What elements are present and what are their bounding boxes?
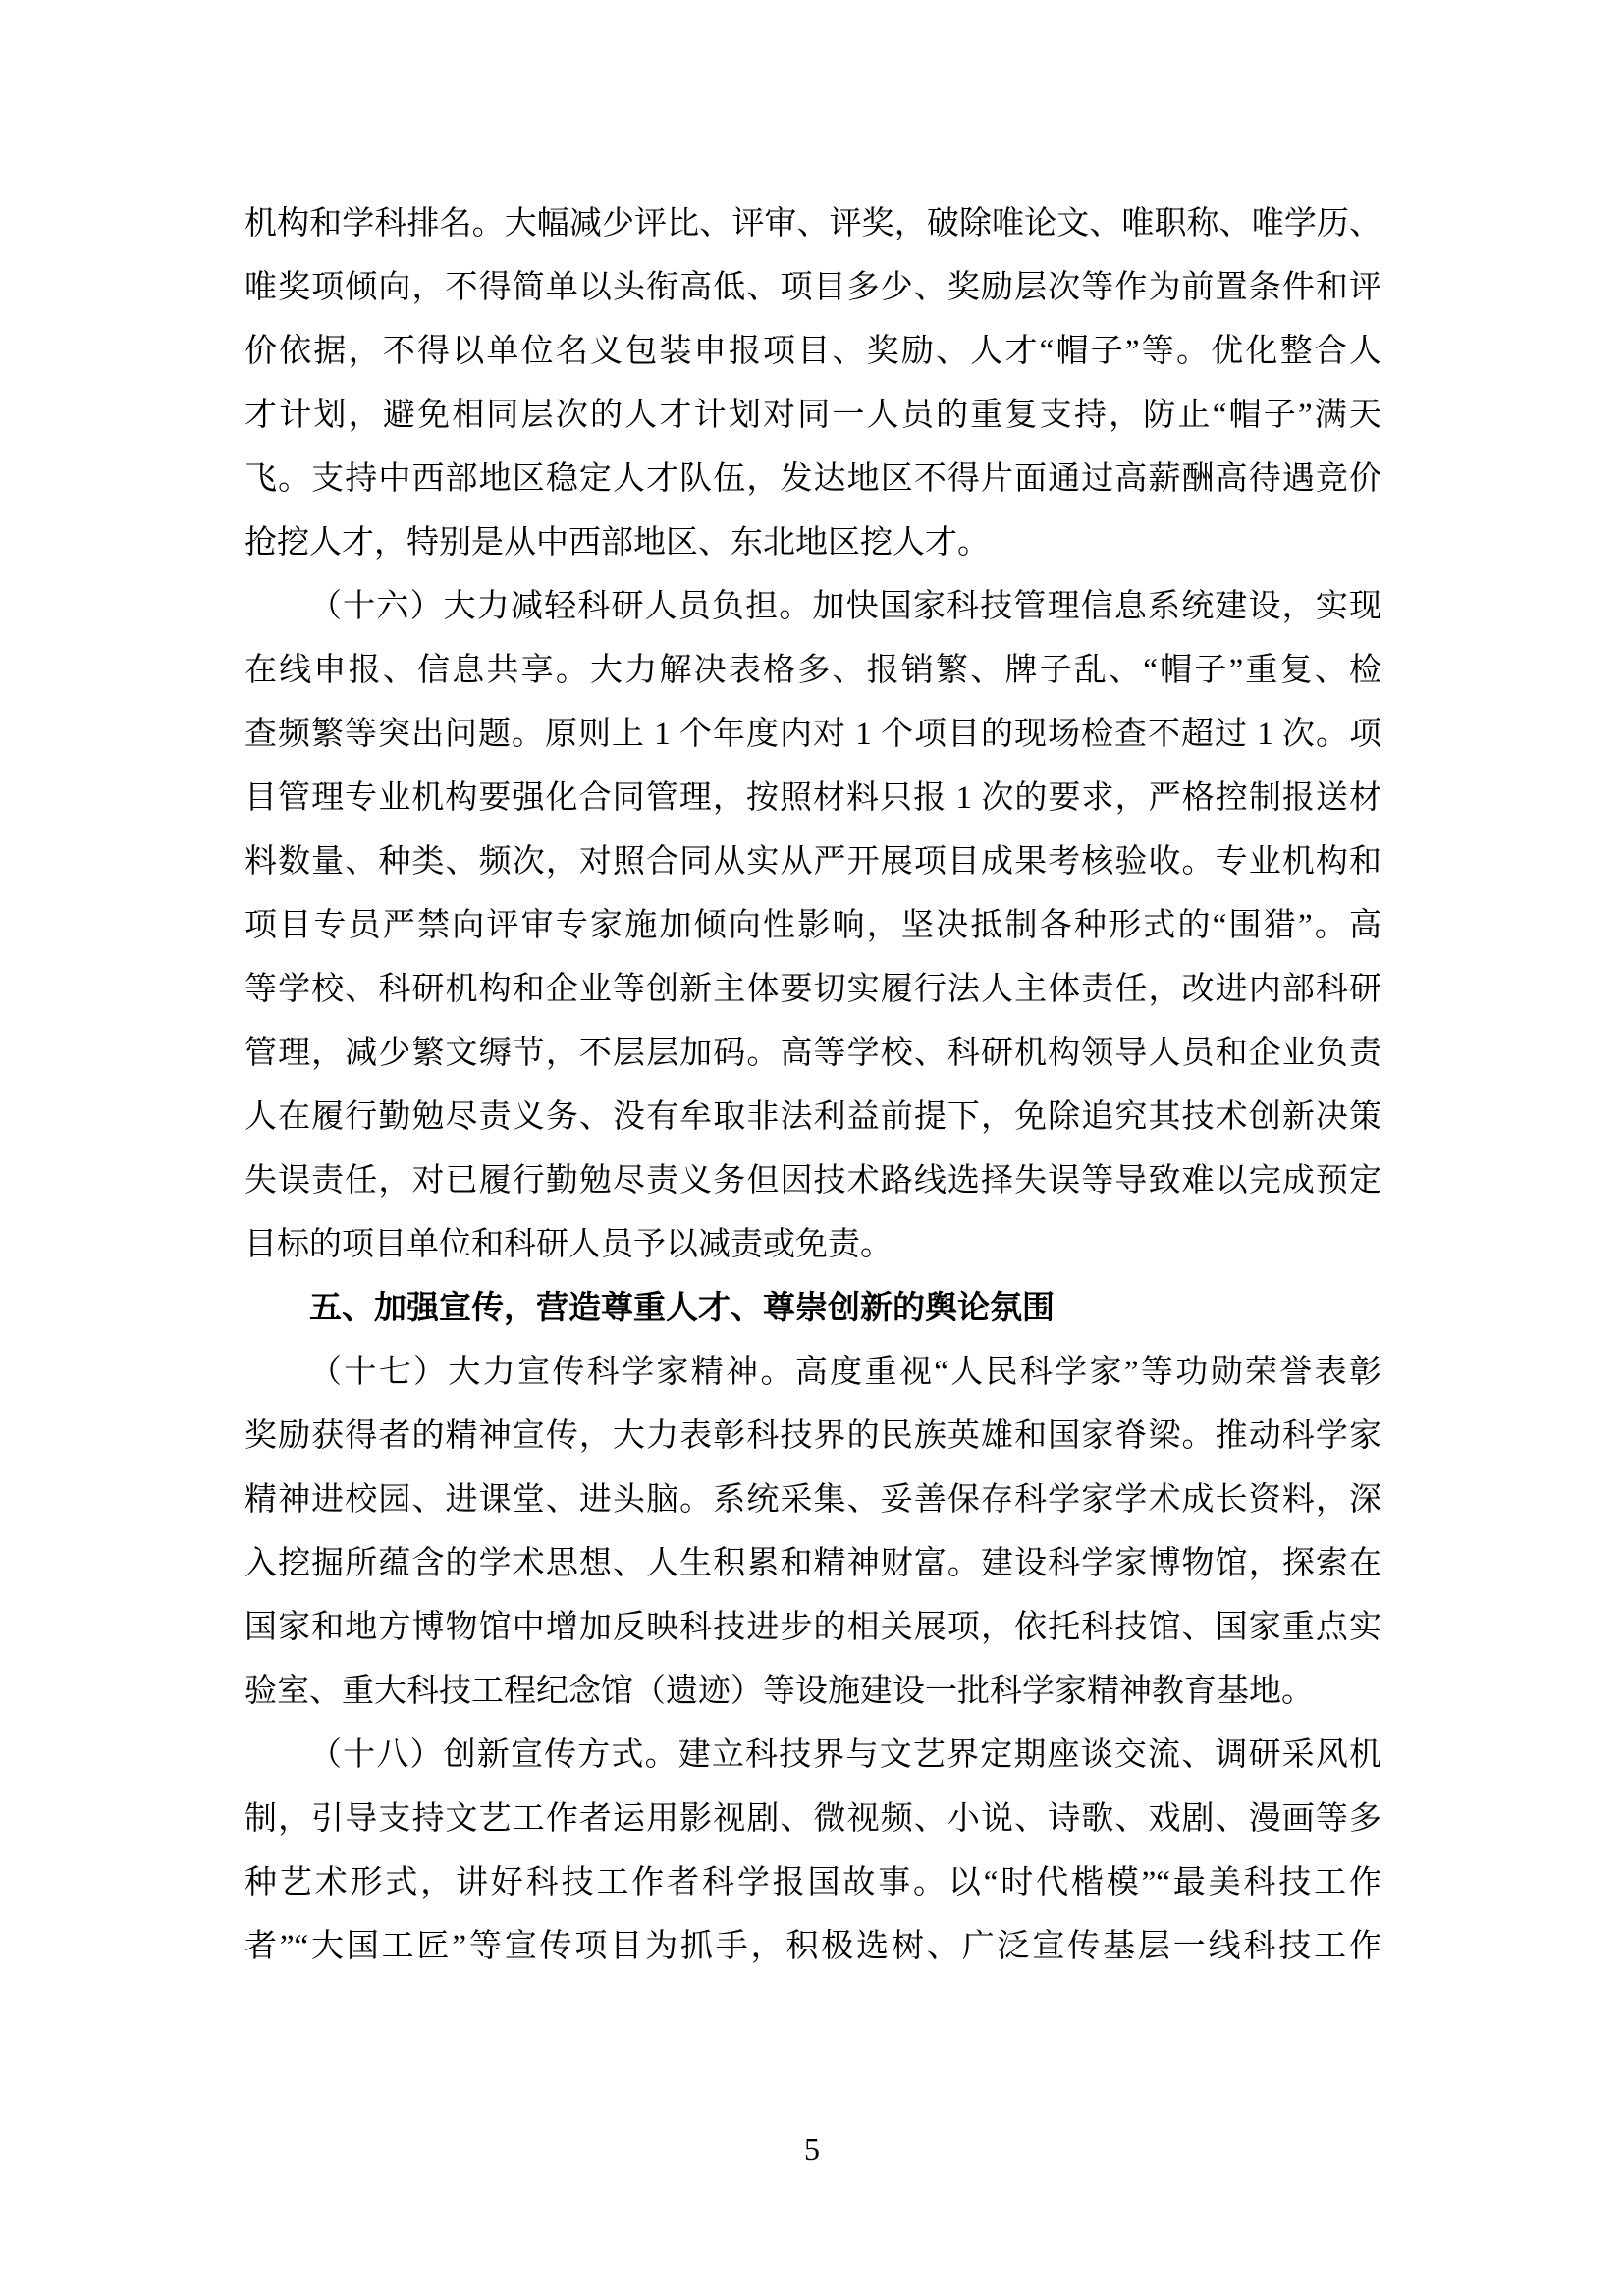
text-line: 制，引导支持文艺工作者运用影视剧、微视频、小说、诗歌、戏剧、漫画等多 xyxy=(244,1788,1381,1851)
text-line: 机构和学科排名。大幅减少评比、评审、评奖，破除唯论文、唯职称、唯学历、 xyxy=(244,192,1381,256)
text-line: 入挖掘所蕴含的学术思想、人生积累和精神财富。建设科学家博物馆，探索在 xyxy=(244,1532,1381,1596)
text-line: 精神进校园、进课堂、进头脑。系统采集、妥善保存科学家学术成长资料，深 xyxy=(244,1468,1381,1532)
section-heading-5: 五、加强宣传，营造尊重人才、尊崇创新的舆论氛围 xyxy=(244,1277,1381,1341)
text-line: （十七）大力宣传科学家精神。高度重视“人民科学家”等功勋荣誉表彰 xyxy=(244,1341,1381,1405)
text-line: 抢挖人才，特别是从中西部地区、东北地区挖人才。 xyxy=(244,511,1381,575)
text-line: 价依据，不得以单位名义包装申报项目、奖励、人才“帽子”等。优化整合人 xyxy=(244,320,1381,384)
text-line: 才计划，避免相同层次的人才计划对同一人员的重复支持，防止“帽子”满天 xyxy=(244,384,1381,448)
text-line: （十六）大力减轻科研人员负担。加快国家科技管理信息系统建设，实现 xyxy=(244,575,1381,639)
text-line: 料数量、种类、频次，对照合同从实从严开展项目成果考核验收。专业机构和 xyxy=(244,830,1381,894)
text-line: 国家和地方博物馆中增加反映科技进步的相关展项，依托科技馆、国家重点实 xyxy=(244,1596,1381,1660)
section-heading-text: 五、加强宣传，营造尊重人才、尊崇创新的舆论氛围 xyxy=(244,1277,1381,1341)
text-line: 者”“大国工匠”等宣传项目为抓手，积极选树、广泛宣传基层一线科技工作 xyxy=(244,1915,1381,1979)
text-line: 项目专员严禁向评审专家施加倾向性影响，坚决抵制各种形式的“围猎”。高 xyxy=(244,894,1381,958)
text-line: 种艺术形式，讲好科技工作者科学报国故事。以“时代楷模”“最美科技工作 xyxy=(244,1851,1381,1915)
text-line: 目管理专业机构要强化合同管理，按照材料只报 1 次的要求，严格控制报送材 xyxy=(244,767,1381,830)
paragraph-continuation: 机构和学科排名。大幅减少评比、评审、评奖，破除唯论文、唯职称、唯学历、唯奖项倾向… xyxy=(244,192,1381,575)
text-line: 飞。支持中西部地区稳定人才队伍，发达地区不得片面通过高薪酬高待遇竞价 xyxy=(244,448,1381,511)
text-line: 人在履行勤勉尽责义务、没有牟取非法利益前提下，免除追究其技术创新决策 xyxy=(244,1086,1381,1149)
paragraph-17: （十七）大力宣传科学家精神。高度重视“人民科学家”等功勋荣誉表彰奖励获得者的精神… xyxy=(244,1341,1381,1724)
document-page: 机构和学科排名。大幅减少评比、评审、评奖，破除唯论文、唯职称、唯学历、唯奖项倾向… xyxy=(0,0,1624,2296)
paragraph-18: （十八）创新宣传方式。建立科技界与文艺界定期座谈交流、调研采风机制，引导支持文艺… xyxy=(244,1724,1381,1979)
text-line: 等学校、科研机构和企业等创新主体要切实履行法人主体责任，改进内部科研 xyxy=(244,958,1381,1022)
document-body: 机构和学科排名。大幅减少评比、评审、评奖，破除唯论文、唯职称、唯学历、唯奖项倾向… xyxy=(244,192,1381,1979)
text-line: 奖励获得者的精神宣传，大力表彰科技界的民族英雄和国家脊梁。推动科学家 xyxy=(244,1405,1381,1468)
text-line: 唯奖项倾向，不得简单以头衔高低、项目多少、奖励层次等作为前置条件和评 xyxy=(244,256,1381,320)
text-line: 失误责任，对已履行勤勉尽责义务但因技术路线选择失误等导致难以完成预定 xyxy=(244,1149,1381,1213)
text-line: 在线申报、信息共享。大力解决表格多、报销繁、牌子乱、“帽子”重复、检 xyxy=(244,639,1381,703)
text-line: 验室、重大科技工程纪念馆（遗迹）等设施建设一批科学家精神教育基地。 xyxy=(244,1660,1381,1724)
text-line: 查频繁等突出问题。原则上 1 个年度内对 1 个项目的现场检查不超过 1 次。项 xyxy=(244,703,1381,767)
text-line: （十八）创新宣传方式。建立科技界与文艺界定期座谈交流、调研采风机 xyxy=(244,1724,1381,1788)
page-number: 5 xyxy=(0,2132,1624,2165)
text-line: 目标的项目单位和科研人员予以减责或免责。 xyxy=(244,1213,1381,1277)
text-line: 管理，减少繁文缛节，不层层加码。高等学校、科研机构领导人员和企业负责 xyxy=(244,1022,1381,1086)
paragraph-16: （十六）大力减轻科研人员负担。加快国家科技管理信息系统建设，实现在线申报、信息共… xyxy=(244,575,1381,1277)
